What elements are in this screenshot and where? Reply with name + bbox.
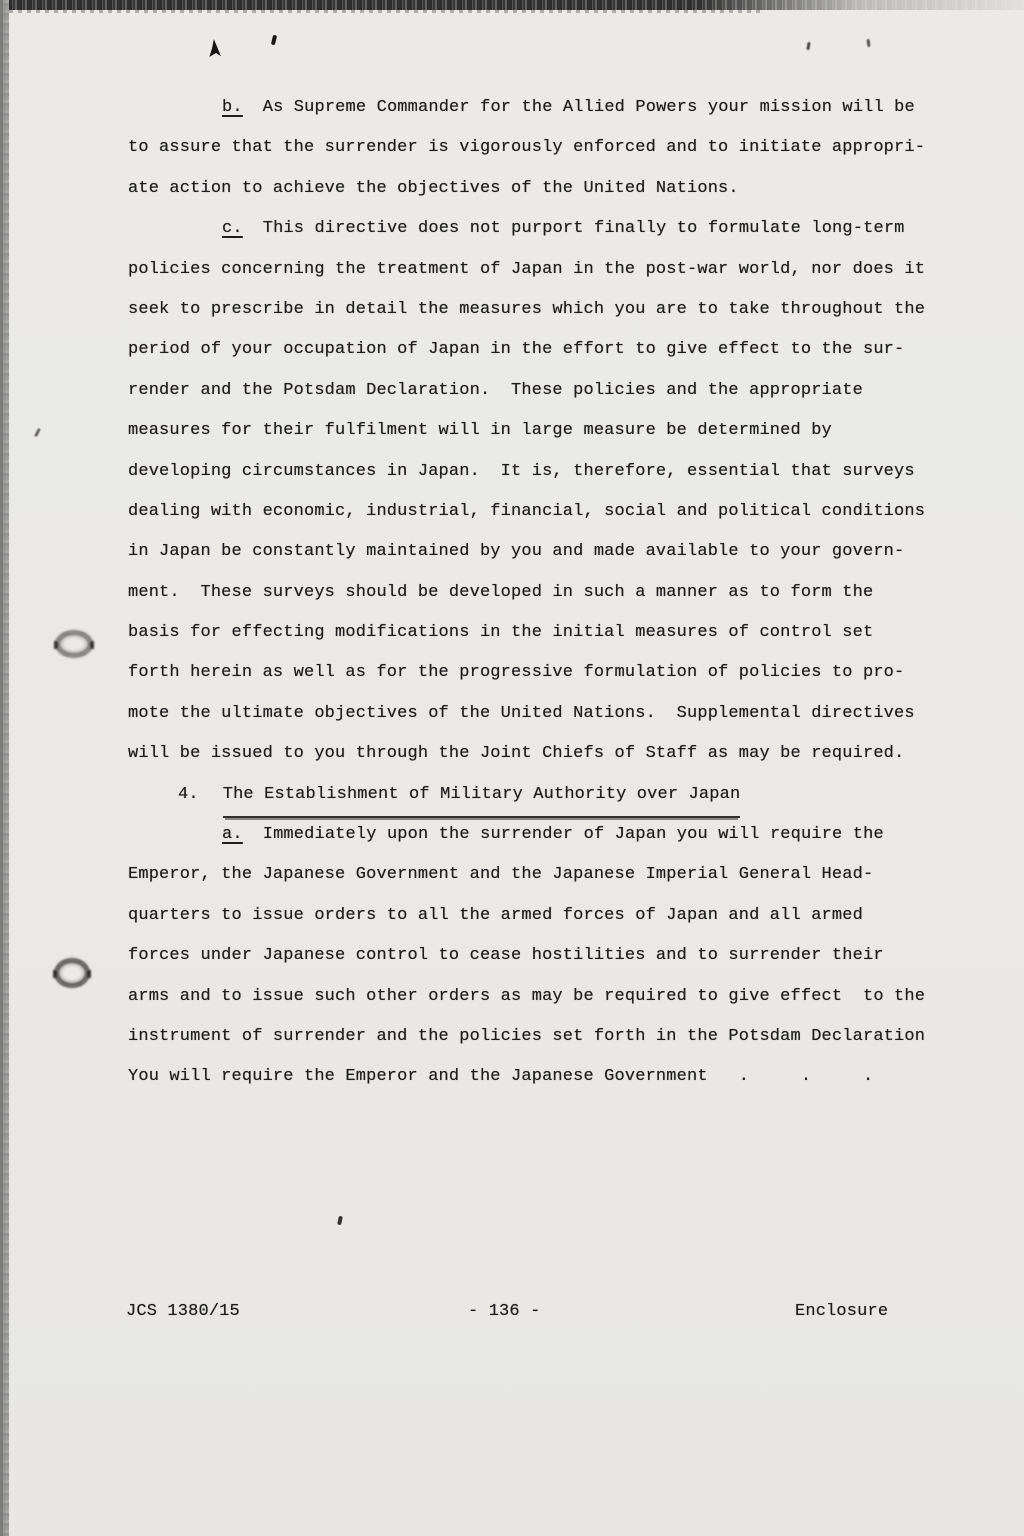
paragraph-line-text: dealing with economic, industrial, finan… bbox=[128, 492, 958, 532]
page-footer: JCS 1380/15 - 136 - Enclosure bbox=[0, 1292, 1024, 1332]
paragraph-line-text: instrument of surrender and the policies… bbox=[128, 1017, 958, 1057]
paragraph-line-text: Immediately upon the surrender of Japan … bbox=[263, 825, 884, 844]
paragraph-line-text: arms and to issue such other orders as m… bbox=[128, 977, 958, 1017]
paragraph-line-text: policies concerning the treatment of Jap… bbox=[128, 250, 958, 290]
paragraph-c-first-line: c.This directive does not purport finall… bbox=[128, 209, 958, 249]
ink-blot-mark bbox=[208, 39, 221, 57]
paragraph-line-text: forth herein as well as for the progress… bbox=[128, 653, 958, 693]
section-heading-title: The Establishment of Military Authority … bbox=[223, 775, 741, 818]
paragraph-b-label: b. bbox=[222, 88, 243, 128]
footer-page-number: - 136 - bbox=[468, 1292, 540, 1332]
paragraph-line-text: measures for their fulfilment will in la… bbox=[128, 411, 958, 451]
ink-tick-mark bbox=[337, 1216, 343, 1226]
paragraph-line-text: developing circumstances in Japan. It is… bbox=[128, 452, 958, 492]
paragraph-line-text: As Supreme Commander for the Allied Powe… bbox=[263, 98, 915, 117]
ink-tick-mark bbox=[34, 428, 41, 437]
paragraph-line-text: seek to prescribe in detail the measures… bbox=[128, 290, 958, 330]
paragraph-line-text: period of your occupation of Japan in th… bbox=[128, 330, 958, 370]
footer-enclosure-label: Enclosure bbox=[795, 1292, 888, 1332]
paragraph-c-label: c. bbox=[222, 209, 243, 249]
paragraph-line-text: Emperor, the Japanese Government and the… bbox=[128, 855, 958, 895]
paragraph-line-text: render and the Potsdam Declaration. Thes… bbox=[128, 371, 958, 411]
ink-tick-mark bbox=[866, 39, 870, 47]
paragraph-a-first-line: a.Immediately upon the surrender of Japa… bbox=[128, 815, 958, 855]
scan-top-edge-artifact bbox=[0, 0, 1024, 10]
paragraph-line-text: This directive does not purport finally … bbox=[263, 219, 905, 238]
paragraph-line-text: to assure that the surrender is vigorous… bbox=[128, 128, 958, 168]
paragraph-line-text: mote the ultimate objectives of the Unit… bbox=[128, 694, 958, 734]
paragraph-line-text: ate action to achieve the objectives of … bbox=[128, 169, 958, 209]
footer-document-number: JCS 1380/15 bbox=[126, 1292, 240, 1332]
paragraph-line-text: quarters to issue orders to all the arme… bbox=[128, 896, 958, 936]
section-heading-number: 4. bbox=[178, 775, 199, 815]
paragraph-line-text: You will require the Emperor and the Jap… bbox=[128, 1057, 958, 1097]
ink-tick-mark bbox=[271, 35, 277, 46]
paragraph-line-text: in Japan be constantly maintained by you… bbox=[128, 532, 958, 572]
scanned-document-page: b.As Supreme Commander for the Allied Po… bbox=[0, 0, 1024, 1536]
paragraph-b-first-line: b.As Supreme Commander for the Allied Po… bbox=[128, 88, 958, 128]
paragraph-a-label: a. bbox=[222, 815, 243, 855]
binder-ring-mark bbox=[55, 630, 93, 658]
paragraph-line-text: forces under Japanese control to cease h… bbox=[128, 936, 958, 976]
paragraph-line-text: ment. These surveys should be developed … bbox=[128, 573, 958, 613]
ink-tick-mark bbox=[806, 42, 810, 50]
paragraph-line-text: will be issued to you through the Joint … bbox=[128, 734, 958, 774]
paragraph-line-text: basis for effecting modifications in the… bbox=[128, 613, 958, 653]
document-body: b.As Supreme Commander for the Allied Po… bbox=[128, 88, 958, 1098]
binder-ring-mark bbox=[54, 958, 90, 988]
section-heading: 4.The Establishment of Military Authorit… bbox=[128, 775, 958, 815]
